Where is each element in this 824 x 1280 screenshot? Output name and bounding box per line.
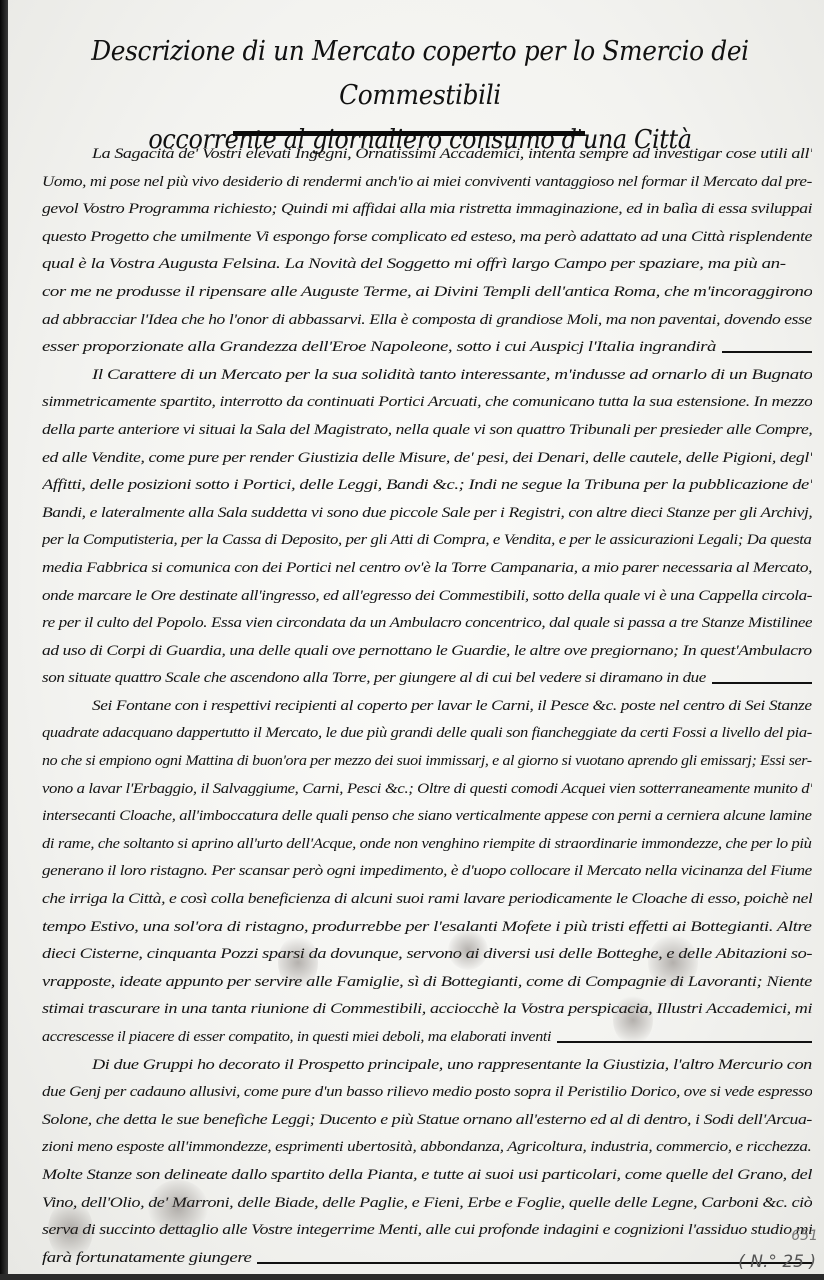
text-line: stimai trascurare in una tanta riunione … [42, 995, 812, 1023]
paragraph-end-rule [557, 1041, 812, 1043]
text-line: che irriga la Città, e così colla benefi… [42, 885, 812, 913]
text-line: Sei Fontane con i respettivi recipienti … [42, 692, 812, 720]
paragraph-end-rule [257, 1262, 812, 1264]
text-line: ed alle Vendite, come pure per render Gi… [42, 444, 812, 472]
text-line: di rame, che soltanto si aprino all'urto… [42, 830, 812, 858]
title-line-1: Descrizione di un Mercato coperto per lo… [61, 30, 779, 118]
text-line: questo Progetto che umilmente Vi espongo… [42, 223, 812, 251]
text-line: Bandi, e lateralmente alla Sala suddetta… [42, 499, 812, 527]
text-line: Il Carattere di un Mercato per la sua so… [42, 361, 812, 389]
ink-stain [613, 995, 653, 1045]
text-line: Affitti, delle posizioni sotto i Portici… [42, 471, 812, 499]
ink-stain [448, 930, 488, 970]
text-line: zioni meno esposte all'immondezze, espri… [42, 1133, 812, 1161]
text-line: tempo Estivo, una sol'ora di ristagno, p… [42, 913, 812, 941]
text-line: onde marcare le Ore destinate all'ingres… [42, 582, 812, 610]
text-line: generano il loro ristagno. Per scansar p… [42, 857, 812, 885]
ink-stain [648, 935, 698, 990]
paragraph-end-rule [712, 682, 812, 684]
paragraph-end-rule [722, 351, 812, 353]
text-line: quadrate adacquano dappertutto il Mercat… [42, 719, 812, 747]
text-line: Molte Stanze son delineate dallo spartit… [42, 1161, 812, 1189]
text-line: son situate quattro Scale che ascendono … [42, 664, 812, 692]
text-line: Solone, che detta le sue benefiche Leggi… [42, 1106, 812, 1134]
manuscript-page: Descrizione di un Mercato coperto per lo… [8, 0, 824, 1280]
scan-bottom-edge [0, 1274, 824, 1280]
text-line: per la Computisteria, per la Cassa di De… [42, 526, 812, 554]
ink-stain [148, 1180, 208, 1235]
document-body: La Sagacità de' Vostri elevati Ingegni, … [42, 140, 812, 1271]
text-line: no che si empiono ogni Mattina di buon'o… [42, 747, 812, 775]
page-number-annotation: 651 [791, 1228, 818, 1244]
ink-stain [278, 935, 318, 990]
reference-number-annotation: ( N.° 25 ) [738, 1252, 816, 1272]
text-line: della parte anteriore vi situai la Sala … [42, 416, 812, 444]
text-line: La Sagacità de' Vostri elevati Ingegni, … [42, 140, 812, 168]
title-underline-rule [233, 131, 585, 136]
text-line: re per il culto del Popolo. Essa vien ci… [42, 609, 812, 637]
text-line: qual è la Vostra Augusta Felsina. La Nov… [42, 250, 812, 278]
text-line: media Fabbrica si comunica con dei Porti… [42, 554, 812, 582]
text-line: vrapposte, ideate appunto per servire al… [42, 968, 812, 996]
text-line: vono a lavar l'Erbaggio, il Salvaggiume,… [42, 775, 812, 803]
text-line: Uomo, mi pose nel più vivo desiderio di … [42, 168, 812, 196]
text-line: Di due Gruppi ho decorato il Prospetto p… [42, 1051, 812, 1079]
text-line: accrescesse il piacere di esser compatit… [42, 1023, 812, 1051]
text-line: simmetricamente spartito, interrotto da … [42, 388, 812, 416]
text-line: intersecanti Cloache, all'imboccatura de… [42, 802, 812, 830]
text-line: esser proporzionate alla Grandezza dell'… [42, 333, 812, 361]
text-line: gevol Vostro Programma richiesto; Quindi… [42, 195, 812, 223]
ink-stain [48, 1200, 93, 1260]
text-line: ad abbracciar l'Idea che ho l'onor di ab… [42, 306, 812, 334]
text-line: ad uso di Corpi di Guardia, una delle qu… [42, 637, 812, 665]
text-line: farà fortunatamente giungere [42, 1244, 812, 1272]
scan-left-edge [0, 0, 8, 1280]
text-line: cor me ne produsse il ripensare alle Aug… [42, 278, 812, 306]
text-line: due Genj per cadauno allusivi, come pure… [42, 1078, 812, 1106]
